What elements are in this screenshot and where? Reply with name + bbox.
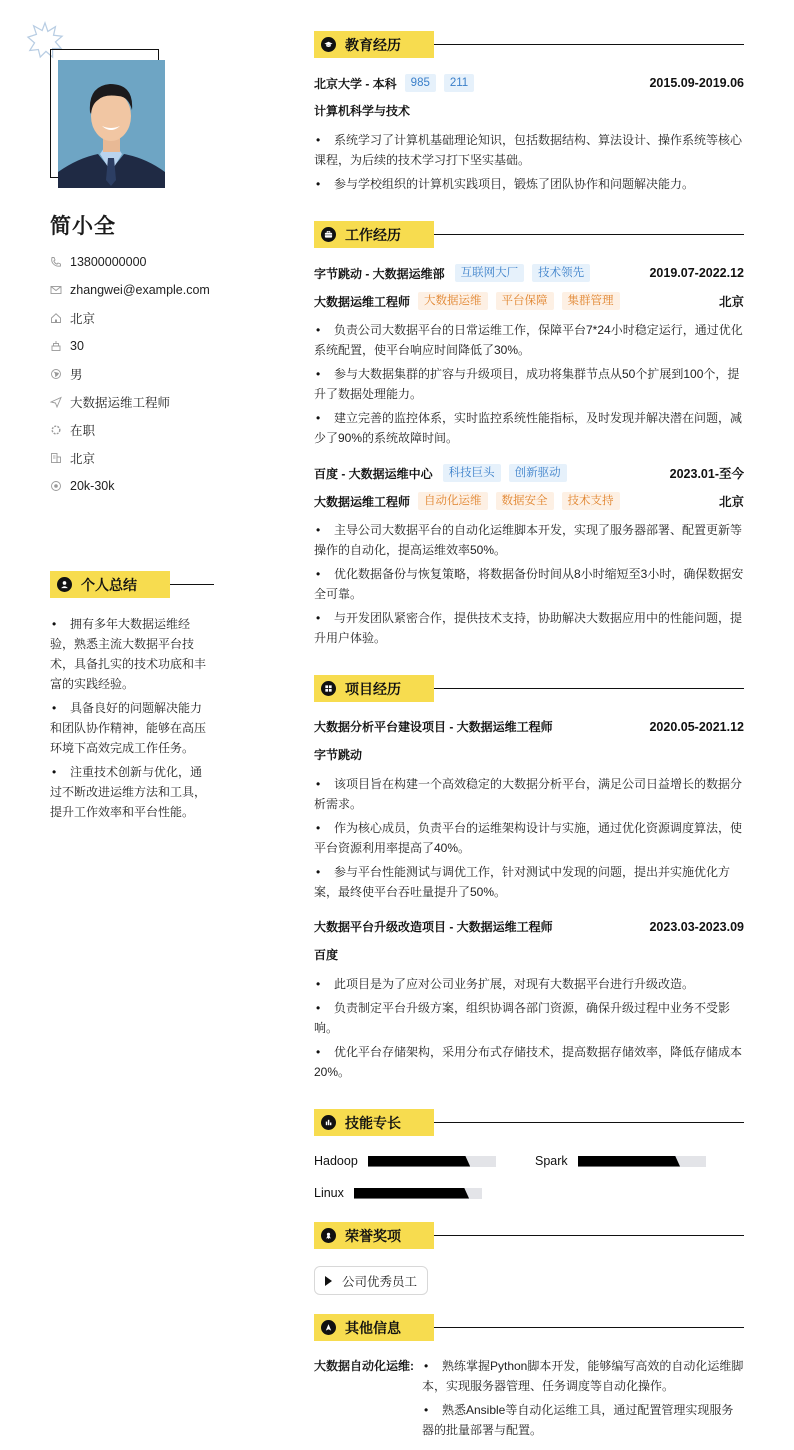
education-entry-header: 北京大学 - 本科 985 211 2015.09-2019.06 bbox=[314, 74, 744, 92]
graduation-cap-icon bbox=[321, 37, 336, 52]
contact-city: 北京 bbox=[50, 304, 210, 332]
work-bullet: 与开发团队紧密合作，提供技术支持，协助解决大数据应用中的性能问题，提升用户体验。 bbox=[314, 608, 744, 648]
role-tag: 技术支持 bbox=[562, 492, 620, 510]
home-icon bbox=[50, 312, 62, 324]
education-bullet: 系统学习了计算机基础理论知识，包括数据结构、算法设计、操作系统等核心课程，为后续… bbox=[314, 130, 744, 170]
contact-email: zhangwei@example.com bbox=[50, 276, 210, 304]
skill-name: Spark bbox=[535, 1154, 568, 1168]
summary-list: 拥有多年大数据运维经验，熟悉主流大数据平台技术，具备扎实的技术功底和丰富的实践经… bbox=[50, 614, 212, 826]
project-bullet: 负责制定平台升级方案，组织协调各部门资源，确保升级过程中业务不受影响。 bbox=[314, 998, 744, 1038]
role-tag: 集群管理 bbox=[562, 292, 620, 310]
phone-icon bbox=[50, 256, 62, 268]
project-company-row: 字节跳动 bbox=[314, 746, 744, 763]
section-divider bbox=[170, 584, 214, 585]
company-tag: 互联网大厂 bbox=[455, 264, 525, 282]
contact-gender: 男 bbox=[50, 360, 210, 388]
section-title-awards: 荣誉奖项 bbox=[345, 1226, 401, 1246]
summary-item: 注重技术创新与优化，通过不断改进运维方法和工具，提升工作效率和平台性能。 bbox=[50, 762, 212, 822]
project-company-row: 百度 bbox=[314, 946, 744, 963]
school-tag: 211 bbox=[444, 74, 474, 92]
skill-item-hadoop: Hadoop bbox=[314, 1154, 496, 1168]
contact-job-intent: 大数据运维工程师 bbox=[50, 388, 210, 416]
contact-salary: 20k-30k bbox=[50, 472, 210, 500]
work-role-row: 大数据运维工程师 大数据运维 平台保障 集群管理 北京 bbox=[314, 292, 744, 310]
avatar bbox=[58, 60, 165, 188]
work-bullets: 负责公司大数据平台的日常运维工作，保障平台7*24小时稳定运行，通过优化系统配置… bbox=[314, 320, 744, 452]
section-divider bbox=[434, 44, 744, 45]
work-date: 2019.07-2022.12 bbox=[649, 266, 744, 280]
project-entry-header: 大数据平台升级改造项目 - 大数据运维工程师 2023.03-2023.09 bbox=[314, 918, 744, 935]
education-bullet: 参与学校组织的计算机实践项目，锻炼了团队协作和问题解决能力。 bbox=[314, 174, 744, 194]
bar-chart-icon bbox=[321, 1115, 336, 1130]
section-header-other: 其他信息 bbox=[314, 1314, 744, 1341]
status-value: 在职 bbox=[70, 421, 95, 439]
status-icon bbox=[50, 424, 62, 436]
skill-bar bbox=[354, 1188, 482, 1199]
work-entry-header: 字节跳动 - 大数据运维部 互联网大厂 技术领先 2019.07-2022.12 bbox=[314, 264, 744, 282]
section-divider bbox=[434, 688, 744, 689]
other-info-bullet: 熟练掌握Python脚本开发，能够编写高效的自动化运维脚本，实现服务器管理、任务… bbox=[422, 1356, 744, 1396]
education-date: 2015.09-2019.06 bbox=[649, 76, 744, 90]
work-location: 北京 bbox=[719, 492, 744, 510]
education-bullets: 系统学习了计算机基础理论知识，包括数据结构、算法设计、操作系统等核心课程，为后续… bbox=[314, 130, 744, 198]
other-info-bullets: 熟练掌握Python脚本开发，能够编写高效的自动化运维脚本，实现服务器管理、任务… bbox=[422, 1356, 744, 1444]
other-info-block: 大数据自动化运维: 熟练掌握Python脚本开发，能够编写高效的自动化运维脚本，… bbox=[314, 1356, 744, 1444]
work-role-row: 大数据运维工程师 自动化运维 数据安全 技术支持 北京 bbox=[314, 492, 744, 510]
section-divider bbox=[434, 234, 744, 235]
section-title-work: 工作经历 bbox=[345, 225, 401, 245]
work-bullet: 优化数据备份与恢复策略，将数据备份时间从8小时缩短至3小时，确保数据安全可靠。 bbox=[314, 564, 744, 604]
skill-name: Linux bbox=[314, 1186, 344, 1200]
company-name: 百度 - 大数据运维中心 bbox=[314, 465, 433, 482]
project-name: 大数据分析平台建设项目 - 大数据运维工程师 bbox=[314, 718, 553, 735]
gender-icon bbox=[50, 368, 62, 380]
skill-name: Hadoop bbox=[314, 1154, 358, 1168]
role-title: 大数据运维工程师 bbox=[314, 293, 410, 310]
salary-value: 20k-30k bbox=[70, 479, 114, 493]
other-info-bullet: 熟悉Ansible等自动化运维工具，通过配置管理实现服务器的批量部署与配置。 bbox=[422, 1400, 744, 1440]
role-tag: 平台保障 bbox=[496, 292, 554, 310]
work-bullet: 负责公司大数据平台的日常运维工作，保障平台7*24小时稳定运行，通过优化系统配置… bbox=[314, 320, 744, 360]
award-icon bbox=[321, 1228, 336, 1243]
age-value: 30 bbox=[70, 339, 84, 353]
role-tag: 数据安全 bbox=[496, 492, 554, 510]
skill-item-spark: Spark bbox=[535, 1154, 706, 1168]
school-tag: 985 bbox=[405, 74, 436, 92]
section-title-skills: 技能专长 bbox=[345, 1113, 401, 1133]
grid-icon bbox=[321, 681, 336, 696]
skill-bar-fill bbox=[368, 1156, 470, 1167]
skill-bar-fill bbox=[354, 1188, 469, 1199]
phone-value: 13800000000 bbox=[70, 255, 146, 269]
work-bullet: 参与大数据集群的扩容与升级项目，成功将集群节点从50个扩展到100个，提升了数据… bbox=[314, 364, 744, 404]
project-bullet: 优化平台存储架构，采用分布式存储技术，提高数据存储效率，降低存储成本20%。 bbox=[314, 1042, 744, 1082]
project-bullets: 此项目是为了应对公司业务扩展，对现有大数据平台进行升级改造。 负责制定平台升级方… bbox=[314, 974, 744, 1086]
project-bullet: 该项目旨在构建一个高效稳定的大数据分析平台，满足公司日益增长的数据分析需求。 bbox=[314, 774, 744, 814]
summary-item: 拥有多年大数据运维经验，熟悉主流大数据平台技术，具备扎实的技术功底和丰富的实践经… bbox=[50, 614, 212, 694]
user-icon bbox=[57, 577, 72, 592]
other-info-label: 大数据自动化运维: bbox=[314, 1356, 422, 1444]
company-name: 字节跳动 - 大数据运维部 bbox=[314, 265, 445, 282]
work-location: 北京 bbox=[719, 292, 744, 310]
section-header-skills: 技能专长 bbox=[314, 1109, 744, 1136]
skill-bar bbox=[368, 1156, 496, 1167]
send-icon bbox=[50, 396, 62, 408]
play-triangle-icon bbox=[325, 1276, 332, 1286]
company-tag: 技术领先 bbox=[532, 264, 590, 282]
work-bullet: 主导公司大数据平台的自动化运维脚本开发，实现了服务器部署、配置更新等操作的自动化… bbox=[314, 520, 744, 560]
role-title: 大数据运维工程师 bbox=[314, 493, 410, 510]
contact-age: 30 bbox=[50, 332, 210, 360]
section-title-other: 其他信息 bbox=[345, 1318, 401, 1338]
briefcase-icon bbox=[321, 227, 336, 242]
project-company: 字节跳动 bbox=[314, 746, 362, 763]
section-header-work: 工作经历 bbox=[314, 221, 744, 248]
skill-bar-fill bbox=[578, 1156, 680, 1167]
company-tag: 创新驱动 bbox=[509, 464, 567, 482]
section-header-awards: 荣誉奖项 bbox=[314, 1222, 744, 1249]
section-divider bbox=[434, 1235, 744, 1236]
work-entry-header: 百度 - 大数据运维中心 科技巨头 创新驱动 2023.01-至今 bbox=[314, 464, 744, 482]
project-company: 百度 bbox=[314, 946, 338, 963]
section-header-education: 教育经历 bbox=[314, 31, 744, 58]
cake-icon bbox=[50, 340, 62, 352]
skill-bar bbox=[578, 1156, 706, 1167]
section-title-education: 教育经历 bbox=[345, 35, 401, 55]
award-label: 公司优秀员工 bbox=[342, 1272, 417, 1290]
project-bullets: 该项目旨在构建一个高效稳定的大数据分析平台，满足公司日益增长的数据分析需求。 作… bbox=[314, 774, 744, 906]
gender-value: 男 bbox=[70, 365, 83, 383]
section-title-summary: 个人总结 bbox=[81, 575, 137, 595]
education-major-row: 计算机科学与技术 bbox=[314, 102, 744, 119]
email-value: zhangwei@example.com bbox=[70, 283, 210, 297]
summary-item: 具备良好的问题解决能力和团队协作精神，能够在高压环境下高效完成工作任务。 bbox=[50, 698, 212, 758]
section-title-projects: 项目经历 bbox=[345, 679, 401, 699]
project-date: 2023.03-2023.09 bbox=[649, 920, 744, 934]
contact-list: 13800000000 zhangwei@example.com 北京 30 男… bbox=[50, 248, 210, 500]
project-bullet: 此项目是为了应对公司业务扩展，对现有大数据平台进行升级改造。 bbox=[314, 974, 744, 994]
contact-status: 在职 bbox=[50, 416, 210, 444]
award-item[interactable]: 公司优秀员工 bbox=[314, 1266, 428, 1295]
role-tag: 自动化运维 bbox=[418, 492, 488, 510]
company-tag: 科技巨头 bbox=[443, 464, 501, 482]
contact-work-city: 北京 bbox=[50, 444, 210, 472]
job-intent-value: 大数据运维工程师 bbox=[70, 393, 170, 411]
school-name: 北京大学 - 本科 bbox=[314, 75, 397, 92]
building-icon bbox=[50, 452, 62, 464]
work-date: 2023.01-至今 bbox=[670, 464, 744, 482]
mail-icon bbox=[50, 284, 62, 296]
city-value: 北京 bbox=[70, 309, 95, 327]
project-bullet: 作为核心成员，负责平台的运维架构设计与实施，通过优化资源调度算法，使平台资源利用… bbox=[314, 818, 744, 858]
major: 计算机科学与技术 bbox=[314, 102, 410, 119]
section-header-projects: 项目经历 bbox=[314, 675, 744, 702]
compass-icon bbox=[321, 1320, 336, 1335]
left-column: 简小全 13800000000 zhangwei@example.com 北京 … bbox=[0, 0, 260, 1450]
section-divider bbox=[434, 1122, 744, 1123]
section-header-summary: 个人总结 bbox=[50, 571, 214, 598]
project-entry-header: 大数据分析平台建设项目 - 大数据运维工程师 2020.05-2021.12 bbox=[314, 718, 744, 735]
salary-icon bbox=[50, 480, 62, 492]
work-bullet: 建立完善的监控体系，实时监控系统性能指标，及时发现并解决潜在问题，减少了90%的… bbox=[314, 408, 744, 448]
work-bullets: 主导公司大数据平台的自动化运维脚本开发，实现了服务器部署、配置更新等操作的自动化… bbox=[314, 520, 744, 652]
candidate-name: 简小全 bbox=[50, 210, 116, 240]
project-bullet: 参与平台性能测试与调优工作，针对测试中发现的问题，提出并实施优化方案，最终使平台… bbox=[314, 862, 744, 902]
project-name: 大数据平台升级改造项目 - 大数据运维工程师 bbox=[314, 918, 553, 935]
role-tag: 大数据运维 bbox=[418, 292, 488, 310]
contact-phone: 13800000000 bbox=[50, 248, 210, 276]
skill-item-linux: Linux bbox=[314, 1186, 482, 1200]
section-divider bbox=[434, 1327, 744, 1328]
project-date: 2020.05-2021.12 bbox=[649, 720, 744, 734]
work-city-value: 北京 bbox=[70, 449, 95, 467]
